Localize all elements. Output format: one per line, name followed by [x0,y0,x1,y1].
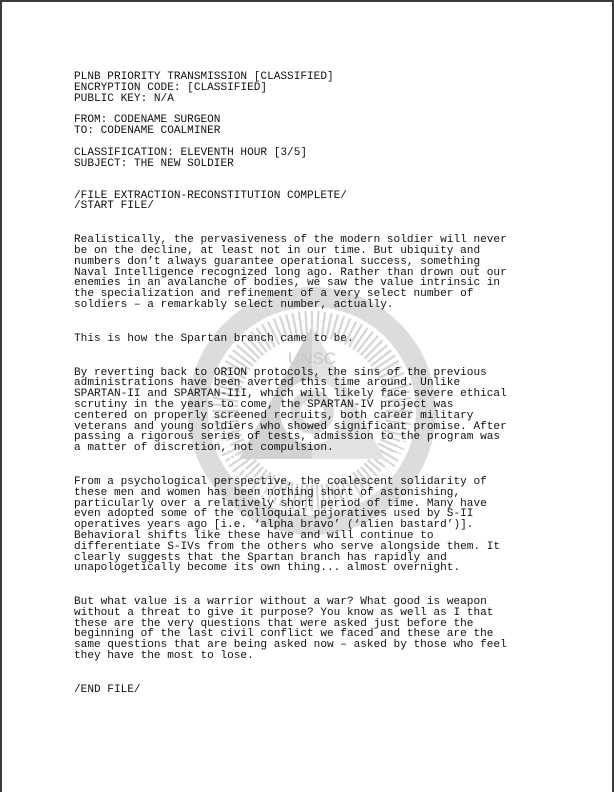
paragraph-3: By reverting back to ORION protocols, th… [74,368,574,454]
transmission-document: PLNB PRIORITY TRANSMISSION [CLASSIFIED] … [74,72,574,696]
to-line: TO: CODENAME COALMINER [74,126,574,137]
document-page: UNSC OFFICE OF NAVAL INTELLIGENCE PLNB P… [0,0,614,792]
subject-line: SUBJECT: THE NEW SOLDIER [74,159,574,170]
paragraph-line: they have the most to lose. [74,651,574,662]
paragraph-1: Realistically, the pervasiveness of the … [74,235,574,311]
paragraph-5: But what value is a warrior without a wa… [74,597,574,662]
paragraph-line: numbers don’t always guarantee operation… [74,257,574,268]
transmission-header: PLNB PRIORITY TRANSMISSION [CLASSIFIED] … [74,72,574,170]
paragraph-line: differentiate S-IVs from the others who … [74,542,574,553]
paragraph-line: This is how the Spartan branch came to b… [74,334,574,345]
paragraph-2: This is how the Spartan branch came to b… [74,334,574,345]
end-file-marker: /END FILE/ [74,685,574,696]
start-file-marker: /START FILE/ [74,201,574,212]
header-line: ENCRYPTION CODE: [CLASSIFIED] [74,83,574,94]
header-line: PUBLIC KEY: N/A [74,94,574,105]
paragraph-line: centered on properly screened recruits, … [74,411,574,422]
paragraph-line: unapologetically become its own thing...… [74,563,574,574]
paragraph-4: From a psychological perspective, the co… [74,477,574,574]
paragraph-line: these men and women has been nothing sho… [74,488,574,499]
paragraph-line: soldiers – a remarkably select number, a… [74,300,574,311]
paragraph-line: a matter of discretion, not compulsion. [74,443,574,454]
